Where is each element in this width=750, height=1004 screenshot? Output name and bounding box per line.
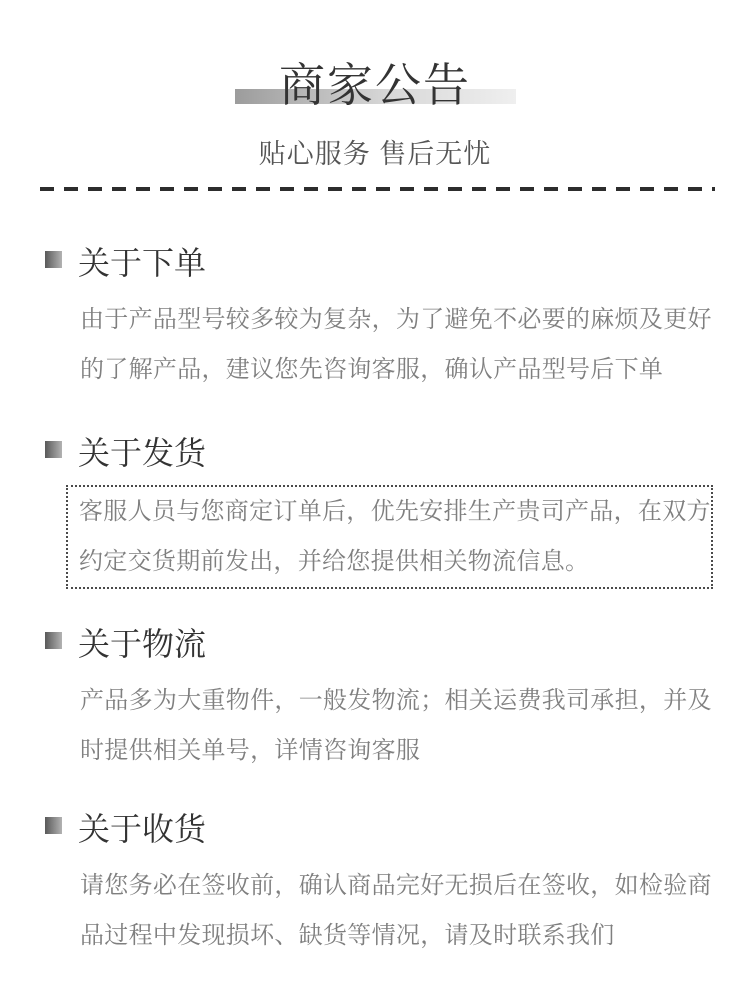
shipping-info-box: 客服人员与您商定订单后，优先安排生产贵司产品，在双方约定交货期前发出，并给您提供… bbox=[66, 485, 713, 589]
square-bullet-icon bbox=[45, 251, 62, 268]
section-receiving: 关于收货 请您务必在签收前，确认商品完好无损后在签收，如检验商品过程中发现损坏、… bbox=[45, 809, 750, 961]
section-title: 关于收货 bbox=[78, 809, 206, 849]
section-ordering-body: 由于产品型号较多较为复杂，为了避免不必要的麻烦及更好的了解产品，建议您先咨询客服… bbox=[80, 295, 714, 395]
square-bullet-icon bbox=[45, 441, 62, 458]
section-title: 关于发货 bbox=[78, 433, 206, 473]
section-receiving-header: 关于收货 bbox=[45, 809, 750, 849]
section-shipping-header: 关于发货 bbox=[45, 433, 750, 473]
announcement-header: 商家公告 贴心服务 售后无忧 bbox=[0, 0, 750, 172]
section-shipping: 关于发货 客服人员与您商定订单后，优先安排生产贵司产品，在双方约定交货期前发出，… bbox=[45, 433, 750, 589]
section-logistics: 关于物流 产品多为大重物件，一般发物流；相关运费我司承担，并及时提供相关单号，详… bbox=[45, 624, 750, 776]
page-subtitle: 贴心服务 售后无忧 bbox=[0, 136, 750, 172]
section-logistics-body: 产品多为大重物件，一般发物流；相关运费我司承担，并及时提供相关单号，详情咨询客服 bbox=[80, 676, 714, 776]
section-list: 关于下单 由于产品型号较多较为复杂，为了避免不必要的麻烦及更好的了解产品，建议您… bbox=[45, 243, 750, 961]
square-bullet-icon bbox=[45, 632, 62, 649]
section-title: 关于物流 bbox=[78, 624, 206, 664]
section-receiving-body: 请您务必在签收前，确认商品完好无损后在签收，如检验商品过程中发现损坏、缺货等情况… bbox=[80, 861, 714, 961]
merchant-announcement-page: 商家公告 贴心服务 售后无忧 关于下单 由于产品型号较多较为复杂，为了避免不必要… bbox=[0, 0, 750, 1004]
section-ordering: 关于下单 由于产品型号较多较为复杂，为了避免不必要的麻烦及更好的了解产品，建议您… bbox=[45, 243, 750, 395]
dashed-divider bbox=[40, 187, 715, 191]
section-logistics-header: 关于物流 bbox=[45, 624, 750, 664]
section-ordering-header: 关于下单 bbox=[45, 243, 750, 283]
page-title: 商家公告 bbox=[0, 55, 750, 115]
square-bullet-icon bbox=[45, 817, 62, 834]
section-title: 关于下单 bbox=[78, 243, 206, 283]
